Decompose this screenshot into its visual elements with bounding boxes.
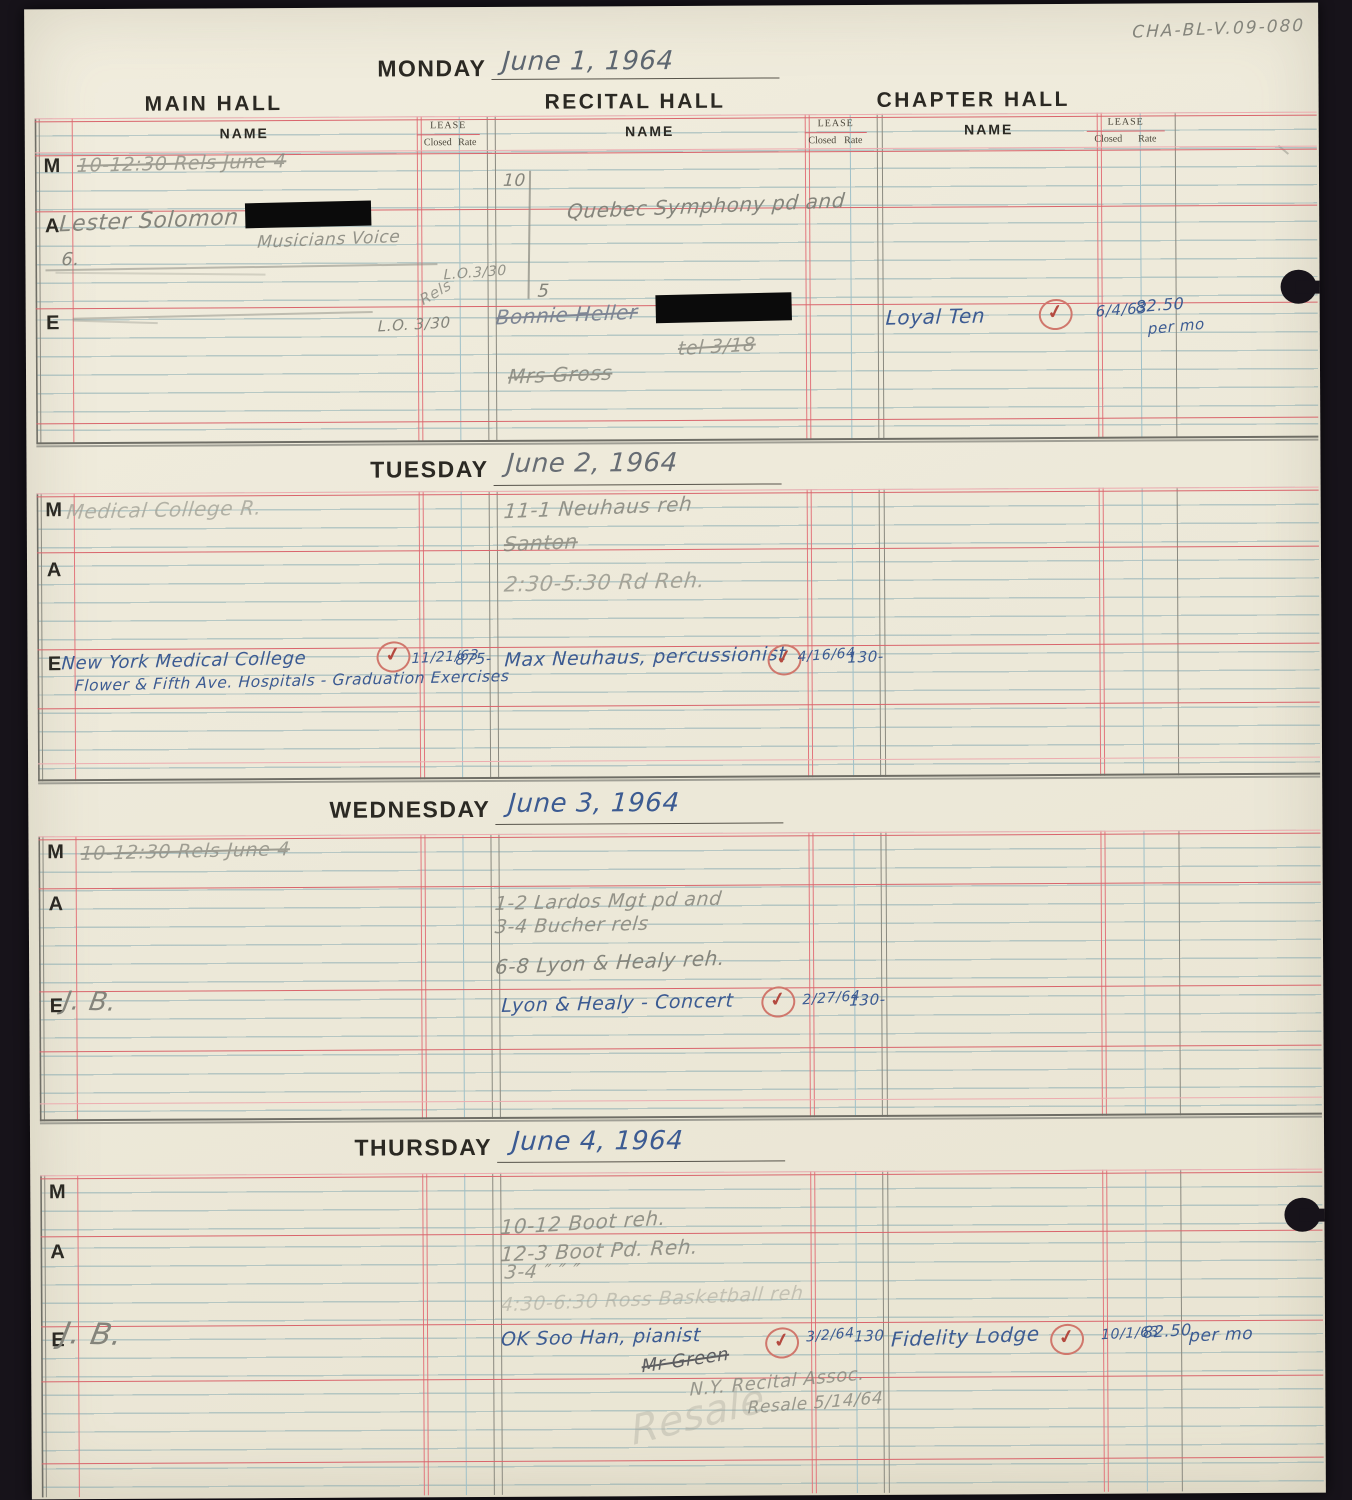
column-header-name-recital: NAME — [495, 122, 805, 140]
day-date-wednesday: June 3, 1964 — [507, 788, 680, 819]
date-underline — [491, 77, 779, 80]
hall-title-recital: RECITAL HALL — [545, 90, 726, 115]
column-header-closed: Closed — [805, 135, 840, 146]
ledger-grid-tuesday — [37, 487, 1320, 782]
redaction-box — [655, 292, 792, 323]
paper-sheet: CHA-BL-V.09-080 MONDAY June 1, 1964 MAIN… — [24, 3, 1326, 1500]
column-header-lease-main: LEASE — [417, 120, 480, 131]
day-title-tuesday: TUESDAY — [246, 456, 488, 484]
redaction-box — [245, 200, 372, 228]
entry-cancelled-name: Mrs Gross — [507, 360, 613, 388]
column-header-rate: Rate — [455, 137, 480, 148]
row-label-evening: E — [40, 312, 66, 335]
row-label-morning: M — [39, 155, 65, 178]
entry-lease-rate: 130 — [854, 1326, 885, 1345]
day-date-thursday: June 4, 1964 — [511, 1126, 684, 1157]
entry-booking-name: Loyal Ten — [885, 303, 986, 329]
archive-reference-label: CHA-BL-V.09-080 — [1132, 16, 1305, 43]
date-underline — [495, 822, 783, 825]
entry-lease-rate-note: per mo — [1189, 1324, 1254, 1347]
entry-time-end: 5 — [537, 281, 550, 302]
day-date-tuesday: June 2, 1964 — [506, 448, 679, 479]
entry-cancelled-name: Santon — [503, 529, 578, 556]
column-header-closed: Closed — [417, 137, 459, 148]
entry-cancelled-tel: tel 3/18 — [677, 333, 756, 360]
date-underline — [494, 483, 782, 486]
day-title-wednesday: WEDNESDAY — [248, 796, 490, 824]
scanned-ledger-page: CHA-BL-V.09-080 MONDAY June 1, 1964 MAIN… — [0, 0, 1352, 1500]
hall-title-chapter: CHAPTER HALL — [877, 88, 1070, 113]
column-header-name-chapter: NAME — [881, 121, 1097, 138]
entry-lease-rate: 82.50 — [1143, 1320, 1192, 1342]
date-underline — [497, 1160, 785, 1163]
entry-rehearsal-note: 3-4 Bucher rels — [494, 913, 650, 939]
column-header-name-main: NAME — [72, 124, 417, 142]
ledger-grid-wednesday — [38, 830, 1321, 1122]
row-label-afternoon: A — [45, 1241, 71, 1264]
entry-ditto-line: 3-4 ″ ″ ″ — [504, 1260, 582, 1284]
entry-booking-name: OK Soo Han, pianist — [501, 1324, 702, 1351]
entry-initials: J. B. — [61, 986, 119, 1017]
column-header-lease-recital: LEASE — [805, 118, 867, 129]
row-label-morning: M — [44, 1181, 70, 1204]
row-label-afternoon: A — [41, 559, 67, 582]
day-date-monday: June 1, 1964 — [501, 46, 674, 77]
column-header-rate: Rate — [840, 135, 867, 146]
row-label-morning: M — [42, 841, 68, 864]
entry-rehearsal-note: 2:30-5:30 Rd Reh. — [503, 568, 706, 597]
punch-hole-notch — [1299, 1209, 1324, 1222]
entry-lease-rate: 875- — [455, 649, 492, 668]
entry-lease-rate: 82.50 — [1136, 294, 1185, 317]
entry-lease-rate: 130- — [849, 990, 886, 1009]
day-title-monday: MONDAY — [244, 55, 486, 83]
entry-initials: J. B. — [58, 1316, 126, 1353]
entry-number-note: 6. — [61, 249, 81, 270]
entry-booking-name: Medical College R. — [66, 495, 263, 523]
column-header-lease-chapter: LEASE — [1087, 116, 1165, 127]
entry-time-start: 10 — [502, 171, 526, 191]
row-label-afternoon: A — [43, 893, 69, 916]
day-title-thursday: THURSDAY — [250, 1134, 492, 1162]
punch-hole-notch — [1296, 281, 1320, 294]
hall-title-main: MAIN HALL — [145, 92, 283, 117]
column-header-closed: Closed — [1087, 134, 1130, 145]
row-label-morning: M — [41, 499, 67, 522]
entry-lease-rate: 130- — [847, 647, 884, 666]
column-header-rate: Rate — [1130, 133, 1165, 144]
